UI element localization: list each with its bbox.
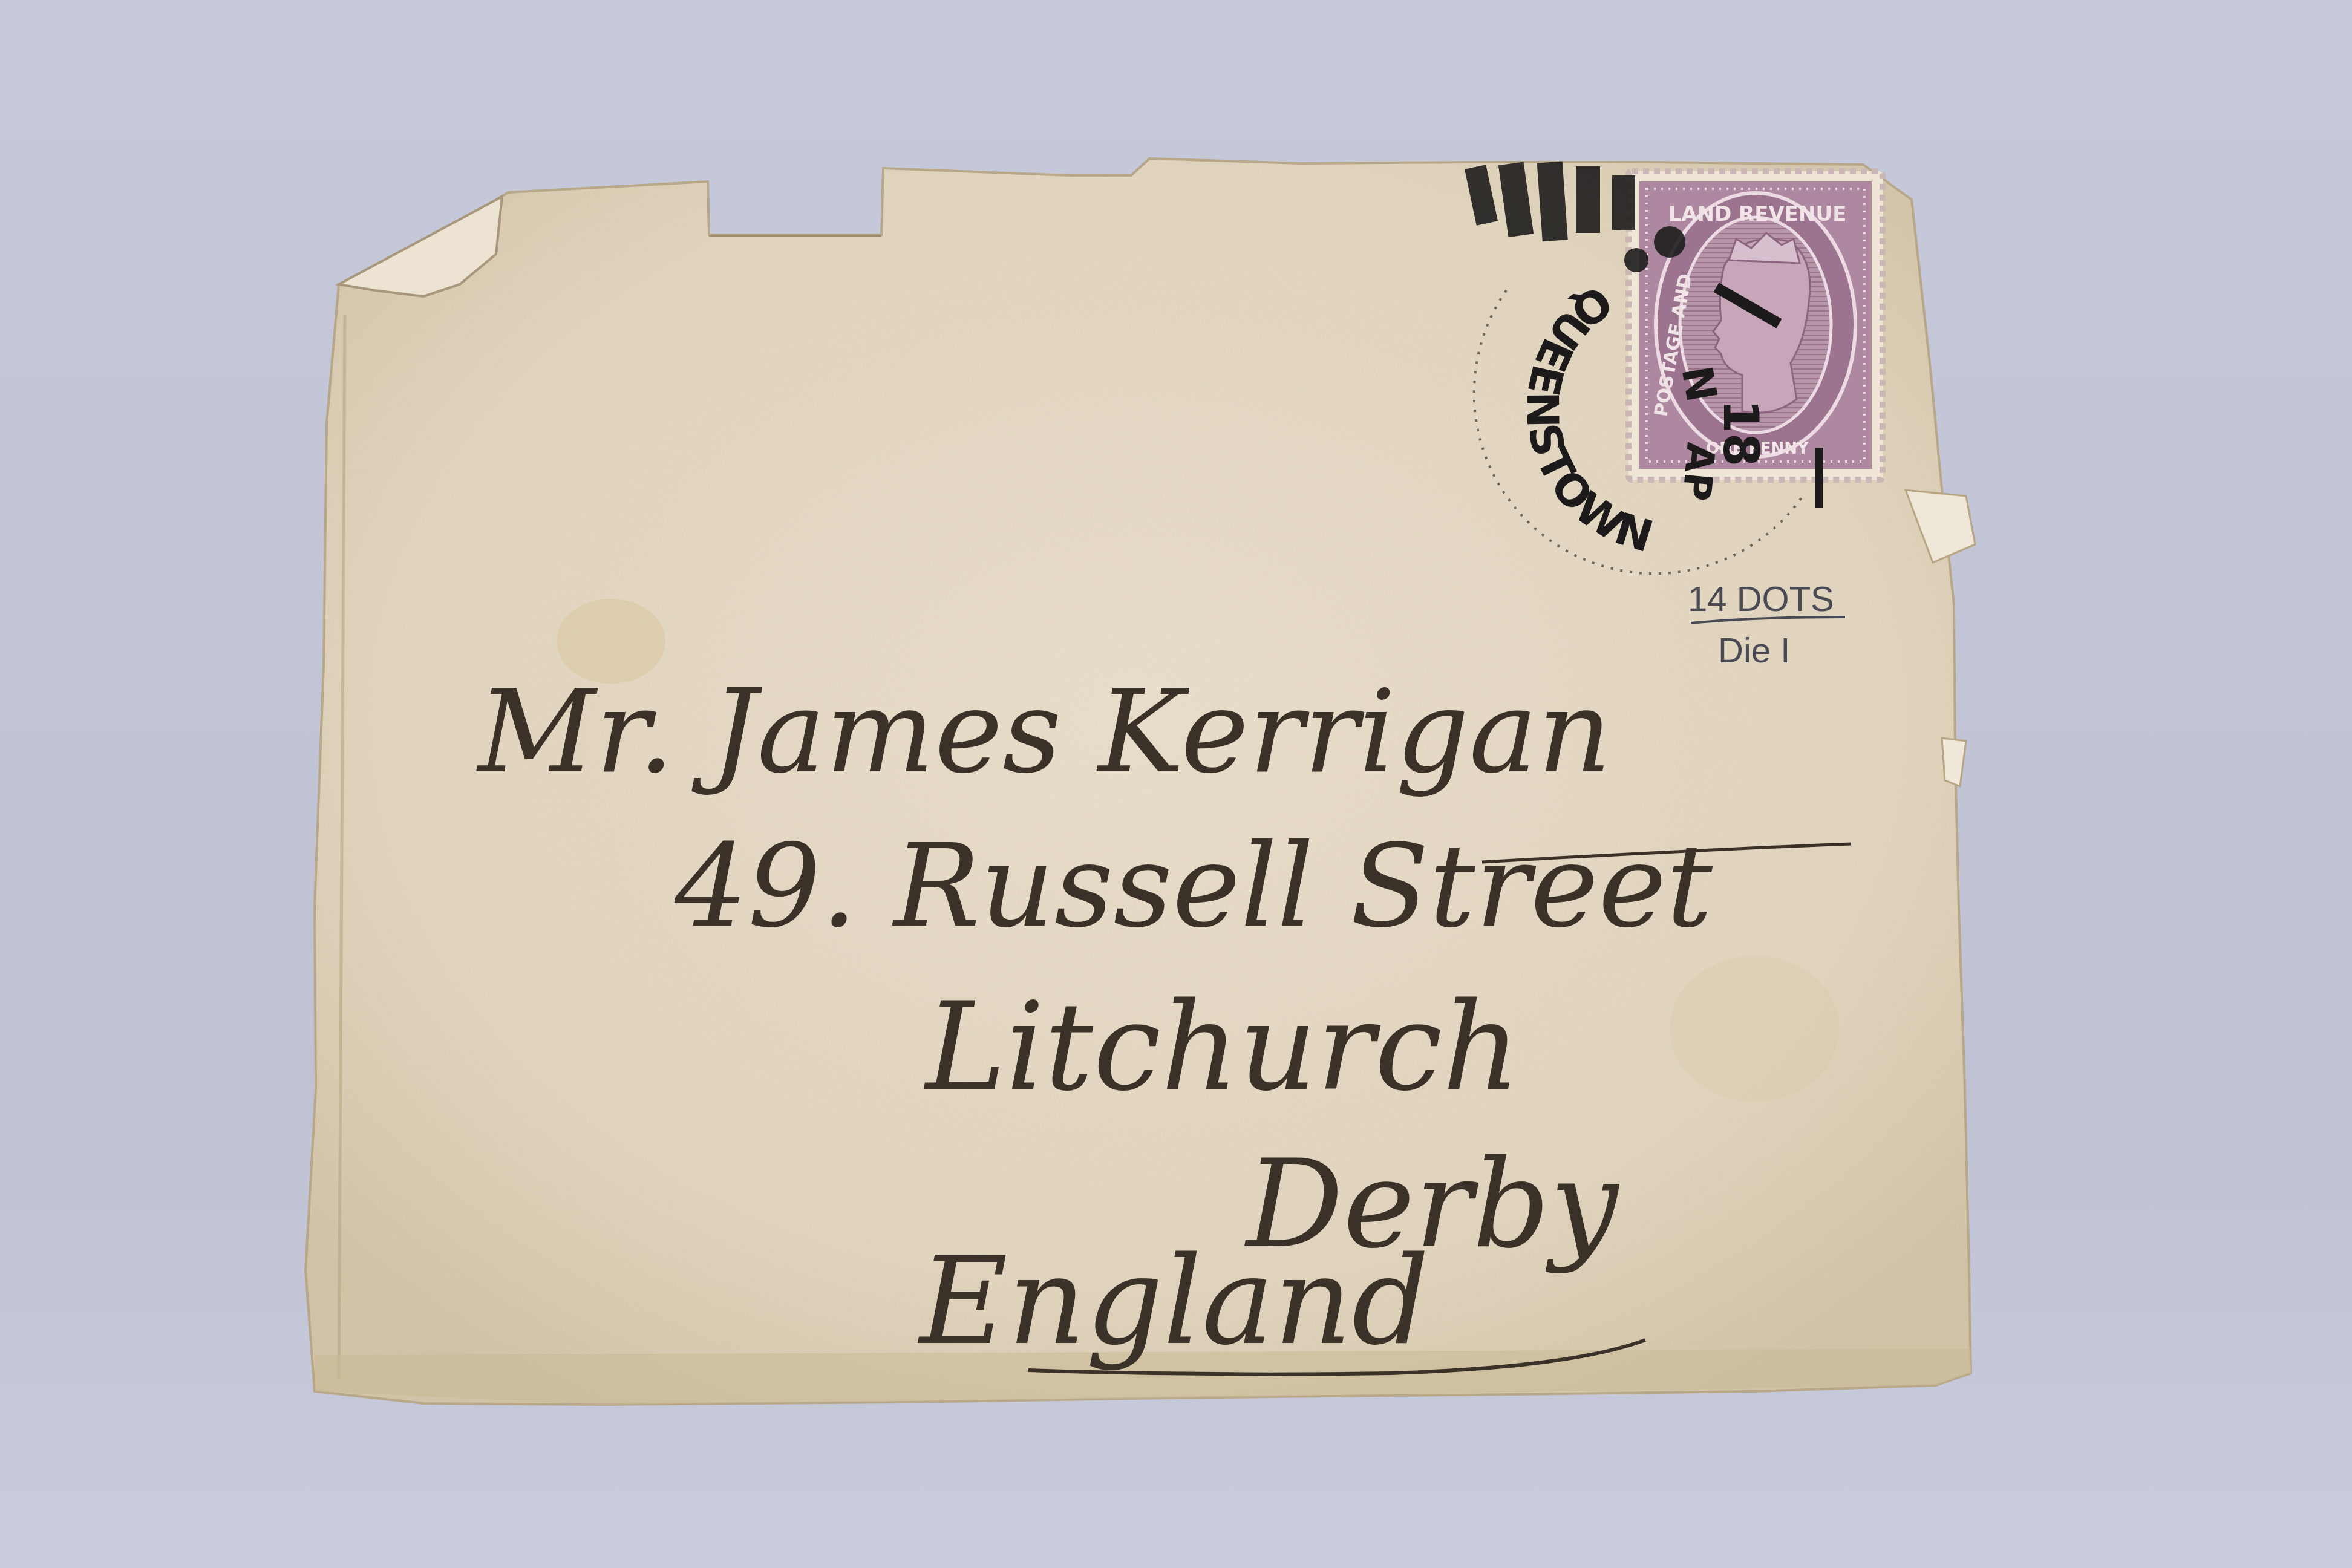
postmark-day: 18 (1713, 399, 1769, 466)
address-line-country: England (917, 1231, 1429, 1372)
address-line-locality: Litchurch (923, 977, 1520, 1118)
pencil-note-line1: 14 DOTS (1688, 580, 1834, 619)
stamp-top-text: LAND REVENUE (1668, 202, 1847, 226)
pencil-note-line2: Die I (1718, 631, 1790, 670)
address-line-name: Mr. James Kerrigan (476, 665, 1612, 799)
photo-scene: LAND REVENUE POSTAGE AND ONE PENNY QUEEN… (0, 0, 2352, 1568)
address-line-street: 49. Russell Street (674, 819, 1713, 953)
